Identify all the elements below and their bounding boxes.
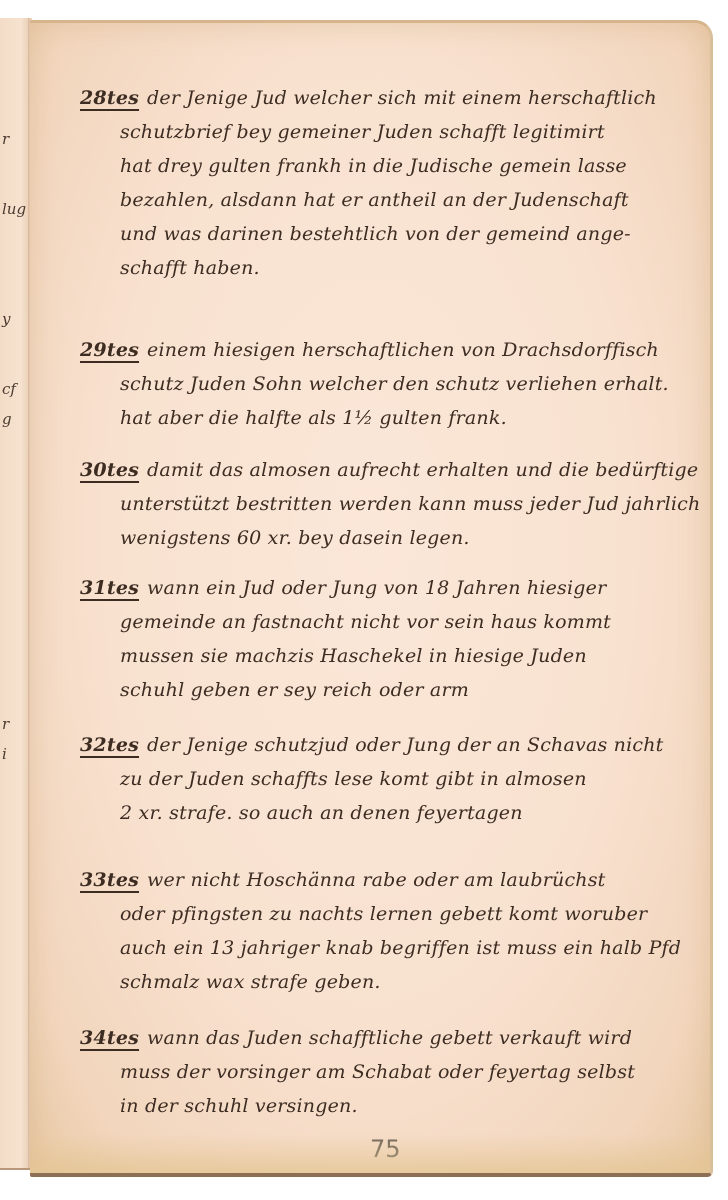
left-page-fragment: cf [2,380,16,398]
handwritten-line: schafft haben. [80,251,700,285]
handwritten-line: 34teswann das Juden schafftliche gebett … [80,1021,700,1055]
line-text: hat drey gulten frankh in die Judische g… [120,155,627,177]
line-text: wann das Juden schafftliche gebett verka… [147,1027,632,1049]
left-page-fragment: r [2,130,9,148]
paragraph-entry: 31teswann ein Jud oder Jung von 18 Jahre… [80,571,700,707]
handwritten-line: 31teswann ein Jud oder Jung von 18 Jahre… [80,571,700,605]
left-page-fragment: g [2,410,12,428]
handwritten-line: mussen sie machzis Haschekel in hiesige … [80,639,700,673]
line-text: schutz Juden Sohn welcher den schutz ver… [120,373,669,395]
line-text: mussen sie machzis Haschekel in hiesige … [120,645,587,667]
left-page-fragment: i [2,745,7,763]
paragraph-number: 28tes [80,87,139,111]
paragraph-number: 33tes [80,869,139,893]
paragraph-number: 30tes [80,459,139,483]
paragraph-entry: 34teswann das Juden schafftliche gebett … [80,1021,700,1123]
handwritten-line: muss der vorsinger am Schabat oder feyer… [80,1055,700,1089]
handwritten-line: in der schuhl versingen. [80,1089,700,1123]
line-text: wenigstens 60 xr. bey dasein legen. [120,527,470,549]
left-page-fragment: r [2,715,9,733]
handwritten-line: 33teswer nicht Hoschänna rabe oder am la… [80,863,700,897]
handwritten-line: schutz Juden Sohn welcher den schutz ver… [80,367,700,401]
page-number: 75 [370,1135,401,1163]
paragraph-entry: 32tesder Jenige schutzjud oder Jung der … [80,728,700,830]
left-page-fragment: y [2,310,10,328]
paragraph-entry: 33teswer nicht Hoschänna rabe oder am la… [80,863,700,999]
handwritten-line: schutzbrief bey gemeiner Juden schafft l… [80,115,700,149]
line-text: schafft haben. [120,257,260,279]
manuscript-page: 75 28tesder Jenige Jud welcher sich mit … [30,20,713,1177]
handwritten-line: 28tesder Jenige Jud welcher sich mit ein… [80,81,700,115]
handwritten-line: schmalz wax strafe geben. [80,965,700,999]
handwritten-line: unterstützt bestritten werden kann muss … [80,487,700,521]
adjacent-left-page: rlugycfgri [0,18,30,1170]
handwritten-line: hat drey gulten frankh in die Judische g… [80,149,700,183]
handwritten-line: gemeinde an fastnacht nicht vor sein hau… [80,605,700,639]
line-text: damit das almosen aufrecht erhalten und … [147,459,698,481]
handwritten-line: hat aber die halfte als 1½ gulten frank. [80,401,700,435]
handwritten-line: 29teseinem hiesigen herschaftlichen von … [80,333,700,367]
paragraph-entry: 28tesder Jenige Jud welcher sich mit ein… [80,81,700,285]
paragraph-number: 29tes [80,339,139,363]
paragraph-number: 34tes [80,1027,139,1051]
handwritten-line: wenigstens 60 xr. bey dasein legen. [80,521,700,555]
handwritten-line: 2 xr. strafe. so auch an denen feyertage… [80,796,700,830]
line-text: hat aber die halfte als 1½ gulten frank. [120,407,507,429]
paragraph-entry: 30tesdamit das almosen aufrecht erhalten… [80,453,700,555]
line-text: der Jenige Jud welcher sich mit einem he… [147,87,657,109]
line-text: schmalz wax strafe geben. [120,971,381,993]
line-text: schutzbrief bey gemeiner Juden schafft l… [120,121,605,143]
paragraph-entry: 29teseinem hiesigen herschaftlichen von … [80,333,700,435]
line-text: wer nicht Hoschänna rabe oder am laubrüc… [147,869,606,891]
line-text: schuhl geben er sey reich oder arm [120,679,469,701]
line-text: unterstützt bestritten werden kann muss … [120,493,700,515]
handwritten-line: und was darinen bestehtlich von der geme… [80,217,700,251]
paragraph-number: 31tes [80,577,139,601]
handwritten-line: 30tesdamit das almosen aufrecht erhalten… [80,453,700,487]
line-text: muss der vorsinger am Schabat oder feyer… [120,1061,635,1083]
paragraph-number: 32tes [80,734,139,758]
line-text: wann ein Jud oder Jung von 18 Jahren hie… [147,577,606,599]
handwritten-line: bezahlen, alsdann hat er antheil an der … [80,183,700,217]
left-page-fragment: lug [2,200,26,218]
line-text: der Jenige schutzjud oder Jung der an Sc… [147,734,663,756]
line-text: und was darinen bestehtlich von der geme… [120,223,631,245]
line-text: gemeinde an fastnacht nicht vor sein hau… [120,611,611,633]
line-text: zu der Juden schaffts lese komt gibt in … [120,768,587,790]
handwritten-line: 32tesder Jenige schutzjud oder Jung der … [80,728,700,762]
line-text: auch ein 13 jahriger knab begriffen ist … [120,937,681,959]
line-text: bezahlen, alsdann hat er antheil an der … [120,189,629,211]
line-text: in der schuhl versingen. [120,1095,358,1117]
line-text: 2 xr. strafe. so auch an denen feyertage… [120,802,523,824]
handwritten-line: auch ein 13 jahriger knab begriffen ist … [80,931,700,965]
line-text: einem hiesigen herschaftlichen von Drach… [147,339,659,361]
handwritten-line: oder pfingsten zu nachts lernen gebett k… [80,897,700,931]
line-text: oder pfingsten zu nachts lernen gebett k… [120,903,647,925]
handwritten-line: schuhl geben er sey reich oder arm [80,673,700,707]
handwritten-line: zu der Juden schaffts lese komt gibt in … [80,762,700,796]
